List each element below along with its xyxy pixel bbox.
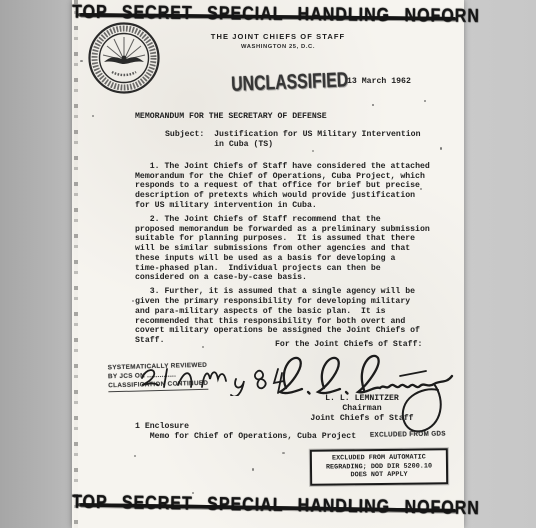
scan-speck	[132, 300, 134, 302]
paragraph-2: 2. The Joint Chiefs of Staff recommend t…	[135, 215, 445, 283]
scan-speck	[134, 455, 136, 457]
scan-speck	[368, 342, 370, 344]
scan-speck	[372, 104, 374, 106]
paragraph-3: 3. Further, it is assumed that a single …	[135, 287, 445, 345]
scan-speck	[192, 492, 194, 494]
document-date: 13 March 1962	[347, 77, 411, 87]
scan-speck	[302, 290, 304, 292]
department-of-defense-seal-icon	[86, 20, 162, 96]
letterhead-org: THE JOINT CHIEFS OF STAFF	[192, 32, 364, 41]
scan-edge-artifact	[74, 0, 78, 528]
scan-speck	[282, 452, 285, 454]
memo-body: 1. The Joint Chiefs of Staff have consid…	[135, 162, 445, 350]
scan-background: { "doc": { "banner_text": "TOP SECRET SP…	[0, 0, 536, 528]
scan-speck	[424, 100, 426, 102]
enclosure-note: 1 Enclosure Memo for Chief of Operations…	[135, 422, 356, 441]
scan-speck	[312, 150, 314, 152]
handwritten-review-date	[130, 348, 290, 396]
scan-speck	[420, 188, 422, 190]
memo-addressee-line: MEMORANDUM FOR THE SECRETARY OF DEFENSE	[135, 112, 327, 122]
scan-speck	[252, 468, 254, 471]
typed-signature-block: L. L. LEMNITZER Chairman Joint Chiefs of…	[272, 394, 452, 424]
letterhead-address: WASHINGTON 25, D.C.	[192, 44, 364, 50]
document-page: TOP SECRET SPECIAL HANDLING NOFORN THE J…	[72, 0, 464, 528]
scan-speck	[80, 60, 83, 62]
scan-speck	[92, 115, 94, 117]
subject-line: Subject: Justification for US Military I…	[165, 130, 421, 149]
bottom-secret-banner: TOP SECRET SPECIAL HANDLING NOFORN	[72, 492, 464, 519]
paragraph-1: 1. The Joint Chiefs of Staff have consid…	[135, 162, 445, 211]
scan-speck	[202, 346, 204, 348]
letterhead: THE JOINT CHIEFS OF STAFF WASHINGTON 25,…	[192, 32, 364, 50]
scan-speck	[440, 147, 442, 150]
regrading-exclusion-stamp: EXCLUDED FROM AUTOMATIC REGRADING; DOD D…	[310, 448, 448, 485]
unclassified-stamp: UNCLASSIFIED	[231, 68, 337, 96]
excluded-from-gds-stamp: EXCLUDED FROM GDS	[370, 430, 446, 439]
